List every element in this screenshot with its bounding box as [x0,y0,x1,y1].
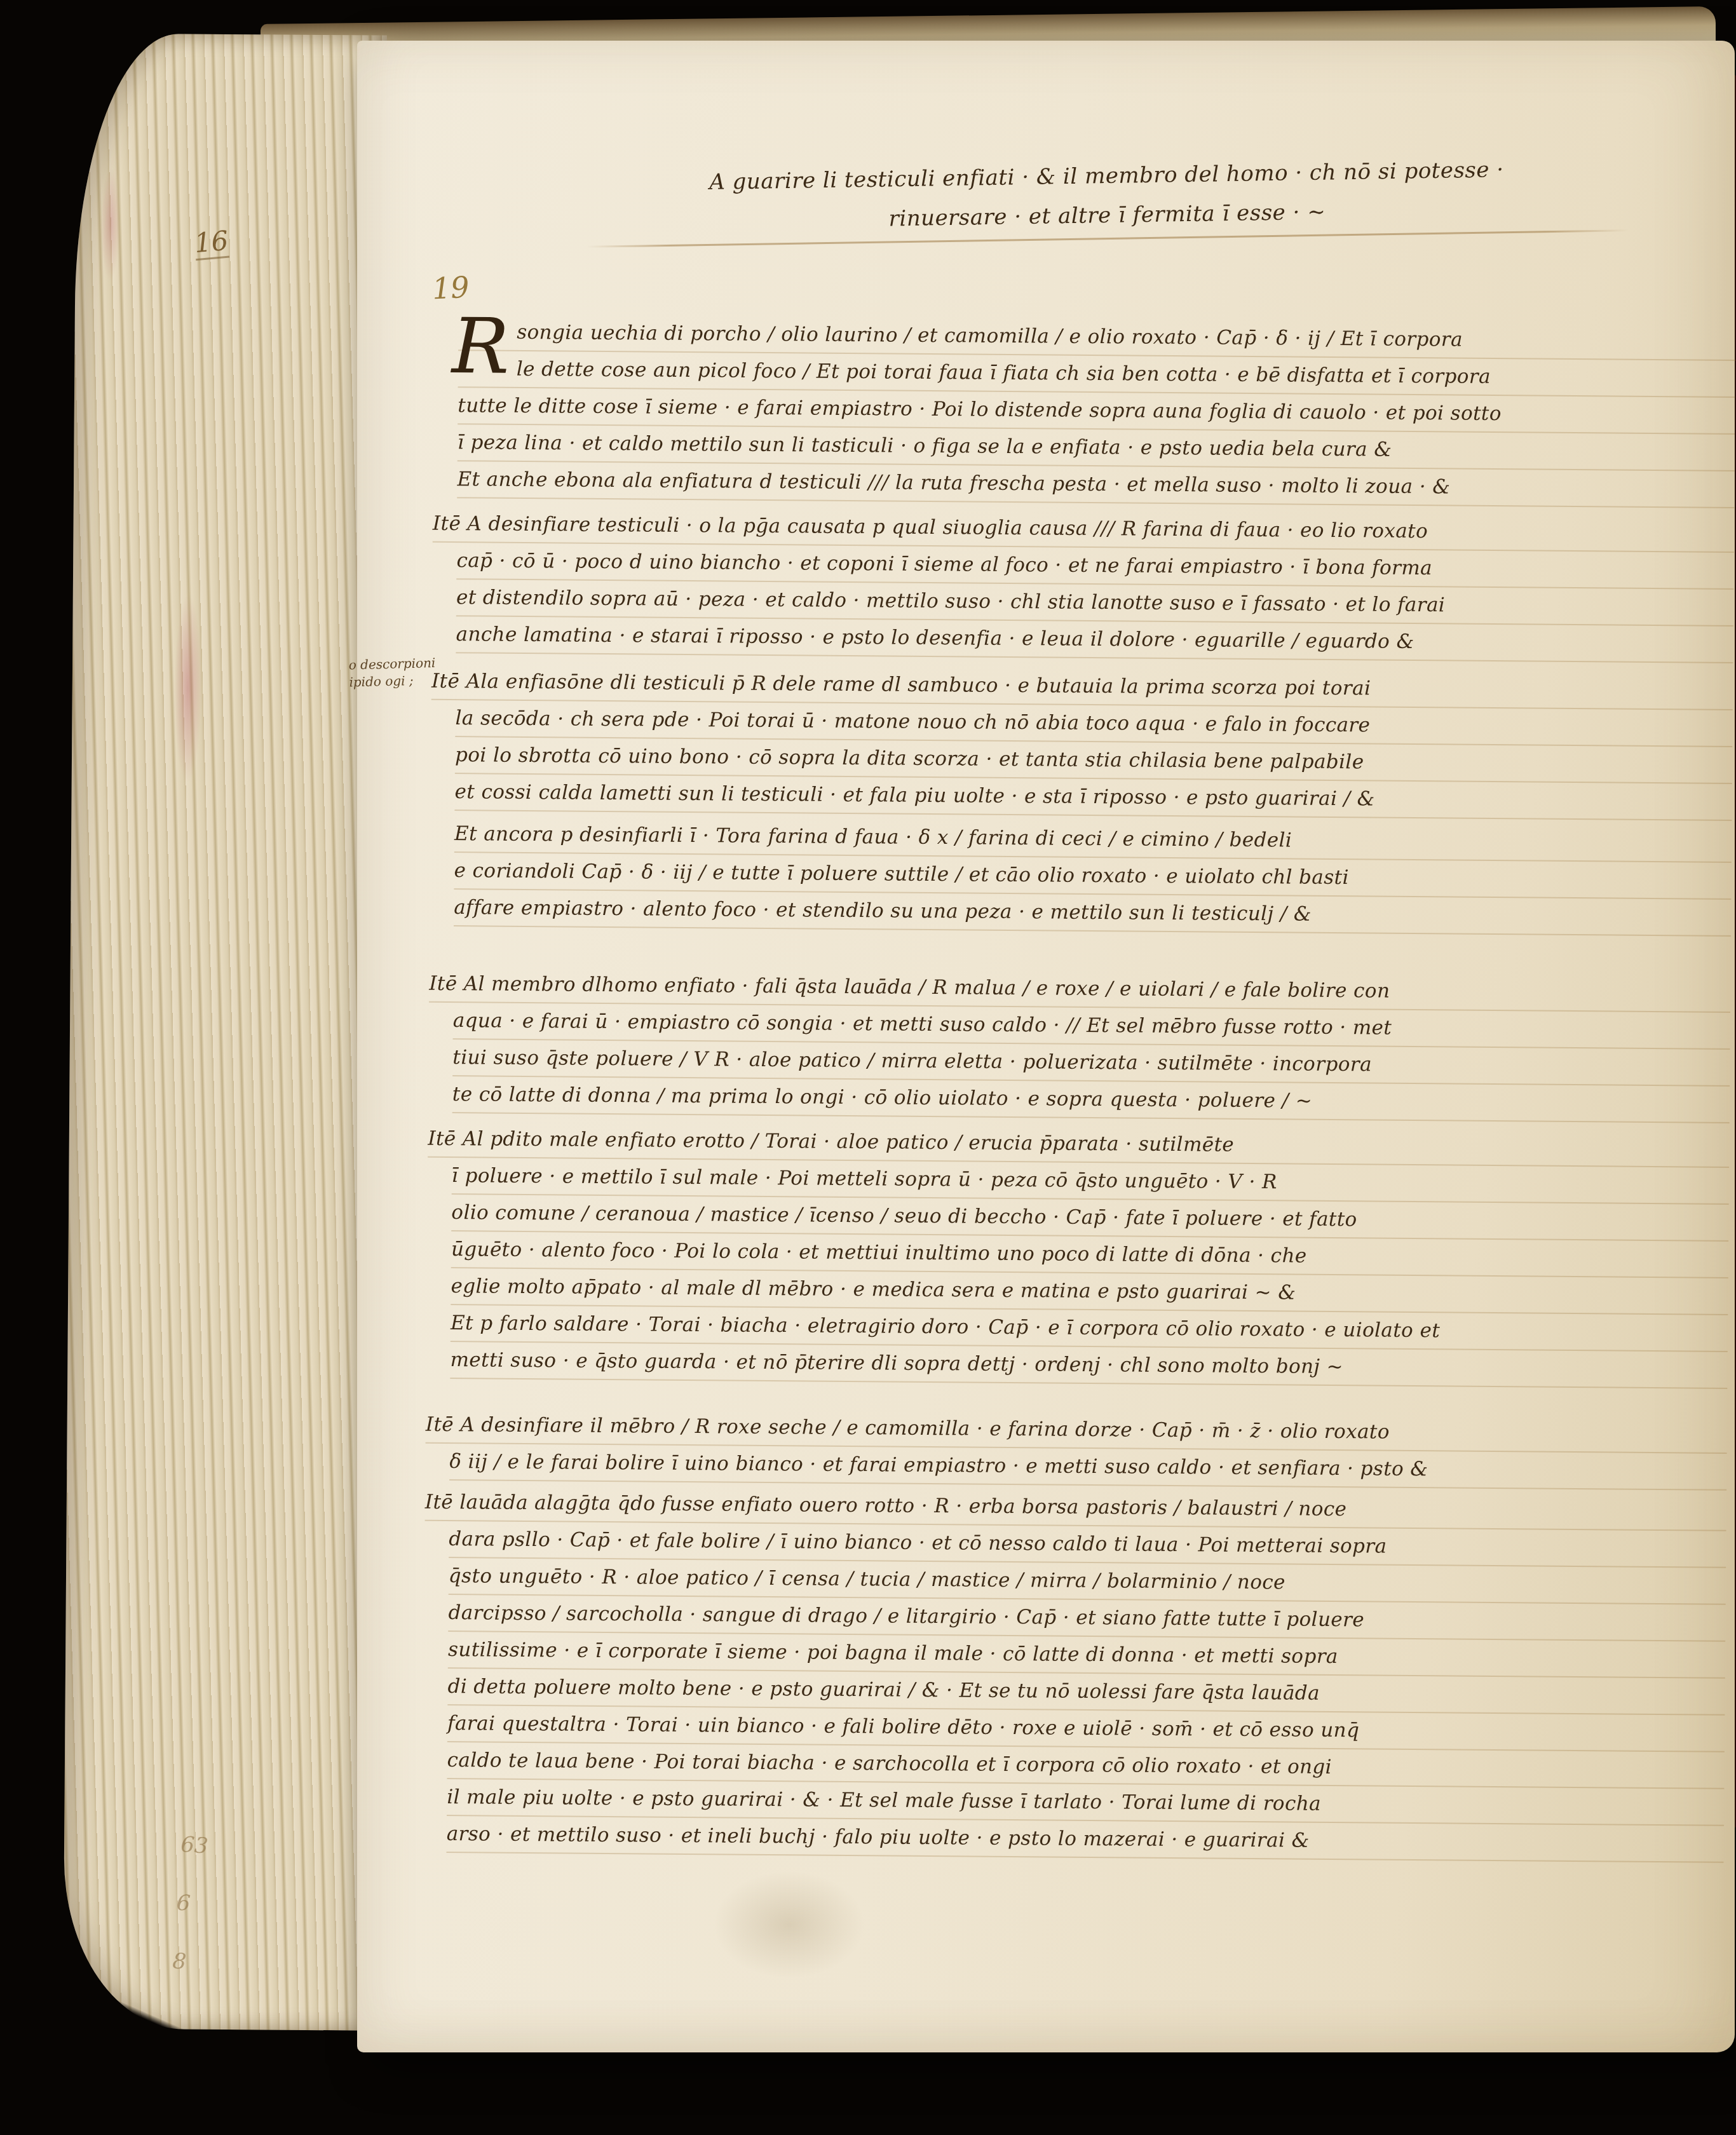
edge-stain [173,593,203,783]
manuscript-book: 16 63 6 8 A guarire li testiculi enfiati… [70,5,1736,2130]
paragraph: Itē A desinfiare testiculi · o la pḡa ca… [456,506,1734,663]
chapter-heading: A guarire li testiculi enfiati · & il me… [547,147,1667,248]
paragraph: songia uechia di porcho / olio laurino /… [457,314,1735,508]
edge-inscription: 6 [175,1874,207,1934]
manuscript-page: A guarire li testiculi enfiati · & il me… [357,41,1735,2052]
folio-number: 19 [431,270,470,306]
edge-inscription: 63 [179,1815,210,1876]
paragraph: Itē Ala enfiasōne dli testiculi p̄ R del… [454,663,1733,821]
edge-folio-number: 16 [193,225,230,261]
photo-backdrop: { "book": { "edge_numbers": { "top": "16… [0,0,1736,2135]
page-stain [713,1871,865,1979]
paragraph: Itē A desinfiare il mēbro / R roxe seche… [449,1407,1727,1491]
paragraph: Itē Al membro dlhomo enfiato · fali q̄st… [452,966,1731,1123]
paragraph: Itē lauāda alagḡta q̄do fusse enfiato ou… [447,1484,1726,1863]
paragraph: Itē Al pdito male enfiato erotto / Torai… [450,1121,1729,1389]
paragraph: Et ancora p desinfiarli ī · Tora farina … [454,816,1732,937]
text-block: o descorpioni ipido ogi ; songia uechia … [447,314,1736,1863]
shadow-wedge [64,1962,470,2135]
fore-edge-page-stack [63,33,387,2030]
illuminated-initial: R [452,309,510,386]
edge-stain [100,167,120,281]
